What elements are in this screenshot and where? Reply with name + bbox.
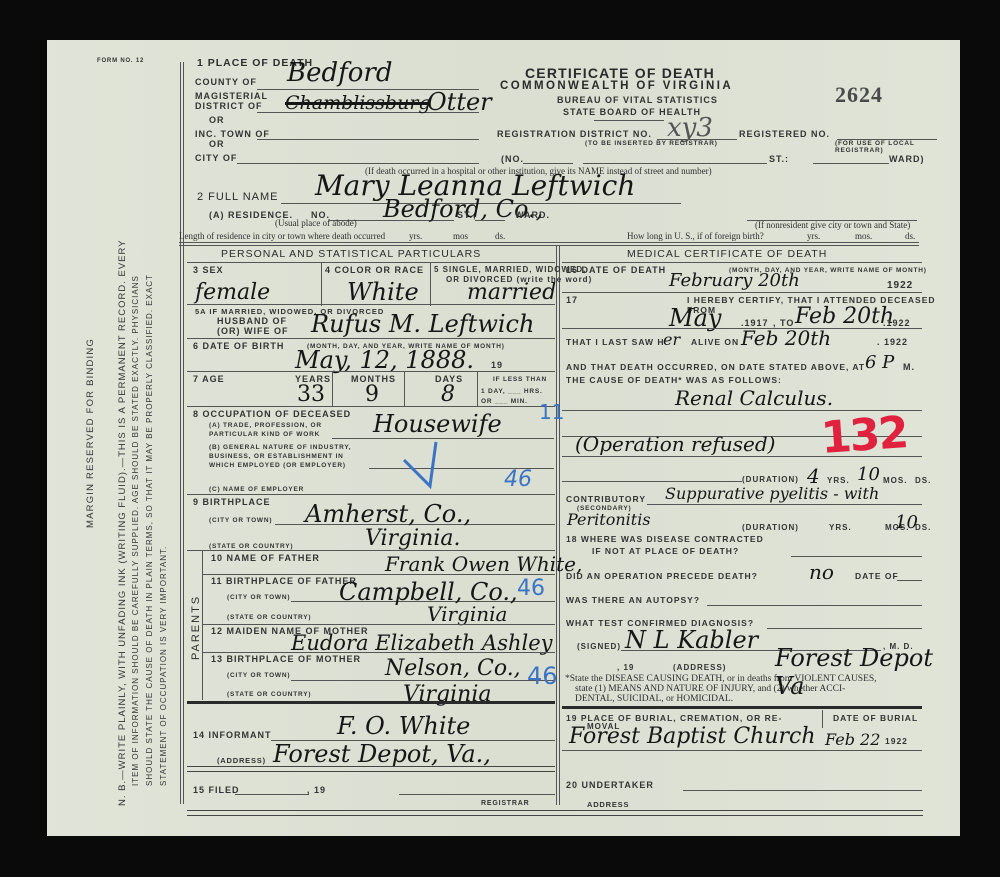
age-days-value: 8	[441, 382, 455, 407]
marital-value: married	[467, 280, 556, 305]
city-label: CITY OF	[195, 153, 237, 163]
date-of-death-value: February 20th	[669, 270, 800, 291]
nonresident-note: (If nonresident give city or town and St…	[755, 220, 910, 230]
signed-label: (SIGNED)	[577, 642, 621, 651]
medical-section-header: MEDICAL CERTIFICATE OF DEATH	[627, 248, 827, 260]
county-value: Bedford	[287, 58, 393, 88]
county-label: COUNTY OF	[195, 77, 257, 87]
registration-district-note: (TO BE INSERTED BY REGISTRAR)	[585, 140, 718, 147]
age-label: 7 AGE	[193, 374, 225, 384]
or-label: OR	[209, 115, 225, 125]
footnote-line-2: state (1) MEANS AND NATURE OF INJURY, an…	[575, 684, 845, 694]
form-border-left-inner	[183, 62, 184, 804]
contributory-value: Suppurative pyelitis - with	[665, 484, 879, 503]
registrar-label: REGISTRAR	[481, 800, 529, 807]
burial-date-label: DATE OF BURIAL	[833, 713, 918, 723]
undertaker-address-label: ADDRESS	[587, 800, 629, 809]
occupation-label: 8 OCCUPATION OF DECEASED	[193, 409, 351, 419]
age-years-value: 33	[297, 382, 325, 407]
district-struck-value: Chamblissburg	[285, 92, 431, 114]
dob-value: May, 12, 1888.	[295, 346, 474, 374]
district-label: DISTRICT OF	[195, 101, 263, 111]
district-value: Otter	[427, 88, 492, 116]
informant-address-label: (ADDRESS)	[217, 756, 266, 765]
red-classification-code: 132	[819, 407, 908, 464]
death-certificate-document: FORM NO. 12 MARGIN RESERVED FOR BINDING …	[47, 40, 960, 836]
autopsy-label: WAS THERE AN AUTOPSY?	[566, 595, 700, 605]
filed-label: 15 FILED	[193, 785, 240, 795]
full-name-label: 2 FULL NAME	[197, 191, 279, 203]
registration-district-label: REGISTRATION DISTRICT NO.	[497, 129, 652, 139]
ward-label: WARD)	[889, 154, 925, 164]
blue-mark-father: 46	[517, 576, 545, 601]
operation-value: no	[809, 560, 834, 584]
operation-label: DID AN OPERATION PRECEDE DEATH?	[566, 571, 758, 581]
residence-st-label: ST.,	[457, 210, 477, 220]
father-birthplace-state: Virginia	[427, 602, 507, 626]
registered-no-label: REGISTERED NO.	[739, 129, 830, 139]
time-of-death-value: 6 P	[865, 352, 894, 373]
nb-line-1: N. B.—WRITE PLAINLY, WITH UNFADING INK (…	[117, 239, 128, 806]
usual-abode-note: (Usual place of abode)	[275, 218, 357, 228]
age-months-value: 9	[365, 382, 379, 407]
physician-address-label: (ADDRESS)	[673, 663, 726, 672]
last-saw-label: THAT I LAST SAW H	[566, 337, 665, 347]
burial-year: 1922	[885, 736, 908, 746]
birthplace-label: 9 BIRTHPLACE	[193, 497, 271, 507]
last-saw-value: Feb 20th	[741, 326, 831, 350]
magisterial-label: MAGISTERIAL	[195, 91, 268, 101]
street-no-label: (NO.	[501, 154, 524, 164]
informant-address-value: Forest Depot, Va.,	[273, 740, 491, 768]
contributory-value-2: Peritonitis	[567, 510, 651, 529]
cause-of-death-value: Renal Calculus.	[675, 386, 833, 410]
footnote-line-3: DENTAL, SUICIDAL, or HOMICIDAL.	[575, 694, 733, 704]
sex-value: female	[195, 280, 270, 305]
race-value: White	[347, 278, 419, 306]
informant-value: F. O. White	[337, 712, 470, 740]
blue-mark-birthplace: 46	[504, 467, 532, 492]
footnote-line-1: *State the DISEASE CAUSING DEATH, or in …	[565, 674, 877, 684]
cause-note-value: (Operation refused)	[575, 432, 775, 456]
commonwealth-subtitle: COMMONWEALTH OF VIRGINIA	[500, 80, 733, 92]
birthplace-state-value: Virginia.	[365, 526, 461, 551]
length-residence-label: Length of residence in city or town wher…	[179, 231, 385, 241]
sex-label: 3 SEX	[193, 265, 224, 275]
occupation-value: Housewife	[373, 410, 502, 438]
nb-line-2: ITEM OF INFORMATION SHOULD BE CAREFULLY …	[131, 275, 140, 786]
father-birthplace-label: 11 BIRTHPLACE OF FATHER	[211, 576, 357, 586]
disease-contracted-label: 18 WHERE WAS DISEASE CONTRACTED	[566, 534, 764, 544]
foreign-birth-label: How long in U. S., if of foreign birth?	[627, 231, 764, 241]
dob-label: 6 DATE OF BIRTH	[193, 341, 284, 351]
or-label-2: OR	[209, 139, 225, 149]
registered-no-note: (FOR USE OF LOCAL REGISTRAR)	[835, 140, 960, 154]
blue-mark-occupation: 11	[539, 400, 564, 424]
father-name-value: Frank Owen White,	[385, 552, 582, 576]
st-label: ST.:	[769, 154, 789, 164]
blue-mark-mother: 46	[527, 662, 558, 690]
birthplace-city-value: Amherst, Co.,	[305, 500, 471, 528]
certificate-number: 2624	[835, 82, 883, 108]
informant-label: 14 INFORMANT	[193, 730, 272, 740]
nb-line-4: STATEMENT OF OCCUPATION IS VERY IMPORTAN…	[159, 546, 168, 786]
burial-date-value: Feb 22	[825, 730, 880, 749]
marital-label: 5 SINGLE, MARRIED, WIDOWED,	[434, 265, 586, 274]
residence-ward-label: WARD.	[515, 210, 550, 220]
duration-months-value: 10	[857, 464, 880, 485]
registration-district-value: xy3	[667, 113, 713, 143]
blue-checkmark-icon	[402, 440, 452, 490]
personal-section-header: PERSONAL AND STATISTICAL PARTICULARS	[221, 248, 481, 260]
race-label: 4 COLOR OR RACE	[325, 265, 424, 275]
cause-of-death-label: THE CAUSE OF DEATH* WAS AS FOLLOWS:	[566, 375, 782, 385]
form-border-left	[180, 62, 181, 804]
certificate-title: CERTIFICATE OF DEATH	[525, 65, 715, 81]
mother-birthplace-city: Nelson, Co.,	[385, 656, 521, 681]
contributory-label: CONTRIBUTORY	[566, 494, 646, 504]
date-of-death-label: 16 DATE OF DEATH	[566, 265, 666, 275]
death-occurred-label: AND THAT DEATH OCCURRED, ON DATE STATED …	[566, 362, 865, 372]
burial-place-value: Forest Baptist Church	[569, 724, 816, 749]
spouse-value: Rufus M. Leftwich	[311, 310, 534, 338]
form-number: FORM NO. 12	[97, 58, 144, 64]
bureau-label: BUREAU OF VITAL STATISTICS	[557, 95, 718, 105]
date-of-death-year: 1922	[887, 280, 913, 291]
parents-label: PARENTS	[190, 595, 202, 660]
inc-town-label: INC. TOWN OF	[195, 129, 270, 139]
nb-line-3: SHOULD STATE THE CAUSE OF DEATH IN PLAIN…	[145, 274, 154, 786]
binding-margin-note: MARGIN RESERVED FOR BINDING	[85, 338, 96, 528]
father-name-label: 10 NAME OF FATHER	[211, 553, 320, 563]
mother-birthplace-label: 13 BIRTHPLACE OF MOTHER	[211, 654, 361, 664]
undertaker-label: 20 UNDERTAKER	[566, 780, 654, 790]
